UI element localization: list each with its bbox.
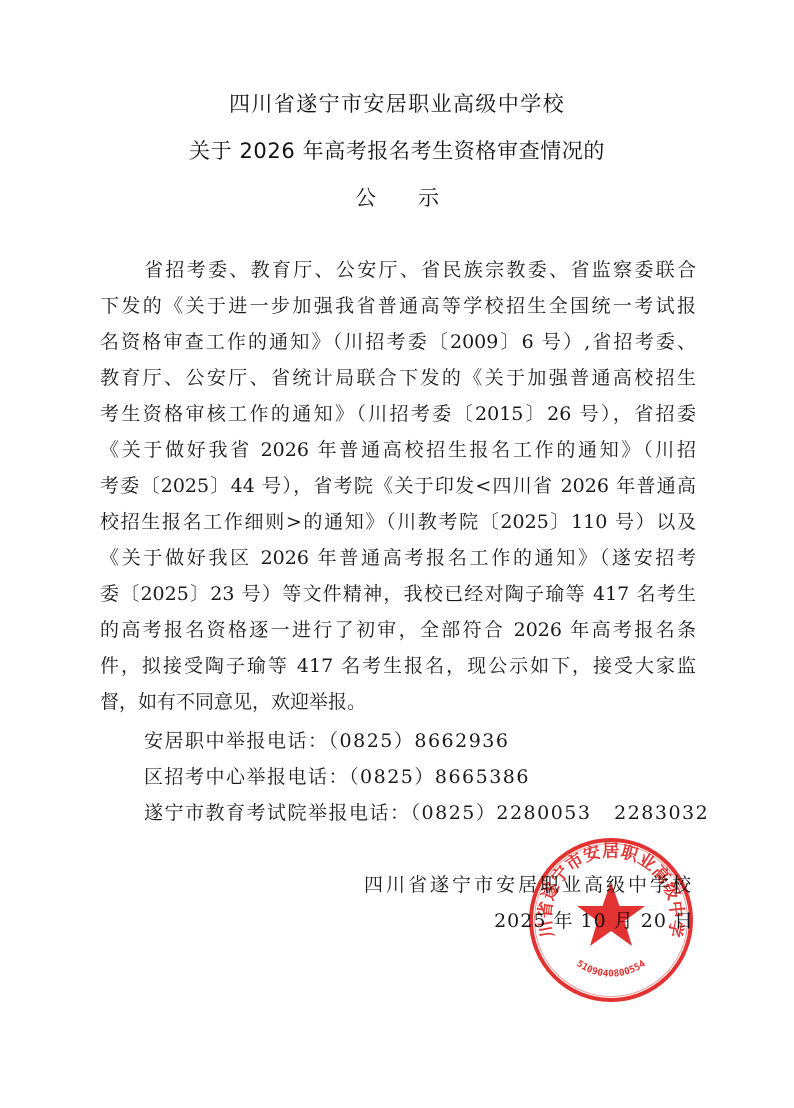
title-notice-char-2: 示 — [418, 186, 439, 210]
title-notice: 公示 — [0, 186, 794, 210]
seal-star-icon — [577, 882, 645, 946]
document-page: 四川省遂宁市安居职业高级中学校 关于 2026 年高考报名考生资格审查情况的 公… — [0, 0, 794, 1108]
contact-phone: （0825）8662936 — [329, 730, 510, 752]
body-line: 下发的《关于进一步加强我省普通高等学校招生全国统一考试报 — [100, 294, 696, 318]
contact-label: 遂宁市教育考试院举报电话： — [144, 802, 411, 824]
body-line: 考委〔2025〕44 号），省考院《关于印发<四川省 2026 年普通高 — [100, 474, 696, 498]
contact-line-school: 安居职中举报电话：（0825）8662936 — [144, 729, 510, 753]
seal-code: 5109040800554 — [574, 958, 648, 979]
title-school-name: 四川省遂宁市安居职业高级中学校 — [0, 92, 794, 116]
body-line: 的高考报名资格逐一进行了初审，全部符合 2026 年高考报名条 — [100, 618, 696, 642]
body-line: 考生资格审核工作的通知》（川招考委〔2015〕26 号），省招委 — [100, 402, 696, 426]
body-line: 《关于做好我省 2026 年普通高校招生报名工作的通知》（川招 — [100, 438, 696, 462]
contact-line-district: 区招考中心举报电话：（0825）8665386 — [144, 765, 530, 789]
body-line: 名资格审查工作的通知》（川招考委〔2009〕6 号）,省招考委、 — [100, 330, 696, 354]
contact-phone: （0825）2280053 2283032 — [411, 802, 710, 824]
official-seal-icon: 四川省遂宁市安居职业高级中学校 5109040800554 — [527, 836, 695, 1004]
body-line: 件，拟接受陶子瑜等 417 名考生报名，现公示如下，接受大家监 — [100, 654, 696, 678]
contact-label: 区招考中心举报电话： — [144, 766, 349, 788]
body-line: 委〔2025〕23 号）等文件精神，我校已经对陶子瑜等 417 名考生 — [100, 582, 696, 606]
title-subject: 关于 2026 年高考报名考生资格审查情况的 — [0, 139, 794, 163]
body-line: 省招考委、教育厅、公安厅、省民族宗教委、省监察委联合 — [144, 258, 696, 282]
contact-label: 安居职中举报电话： — [144, 730, 329, 752]
body-line: 校招生报名工作细则>的通知》（川教考院〔2025〕110 号）以及 — [100, 510, 696, 534]
svg-text:5109040800554: 5109040800554 — [574, 958, 648, 979]
body-line: 《关于做好我区 2026 年普通高考报名工作的通知》（遂安招考 — [100, 546, 696, 570]
contact-phone: （0825）8665386 — [349, 766, 530, 788]
body-line: 教育厅、公安厅、省统计局联合下发的《关于加强普通高校招生 — [100, 366, 696, 390]
title-notice-char-1: 公 — [355, 186, 376, 210]
body-line: 督，如有不同意见，欢迎举报。 — [100, 690, 696, 714]
contact-line-city: 遂宁市教育考试院举报电话：（0825）2280053 2283032 — [144, 801, 709, 825]
